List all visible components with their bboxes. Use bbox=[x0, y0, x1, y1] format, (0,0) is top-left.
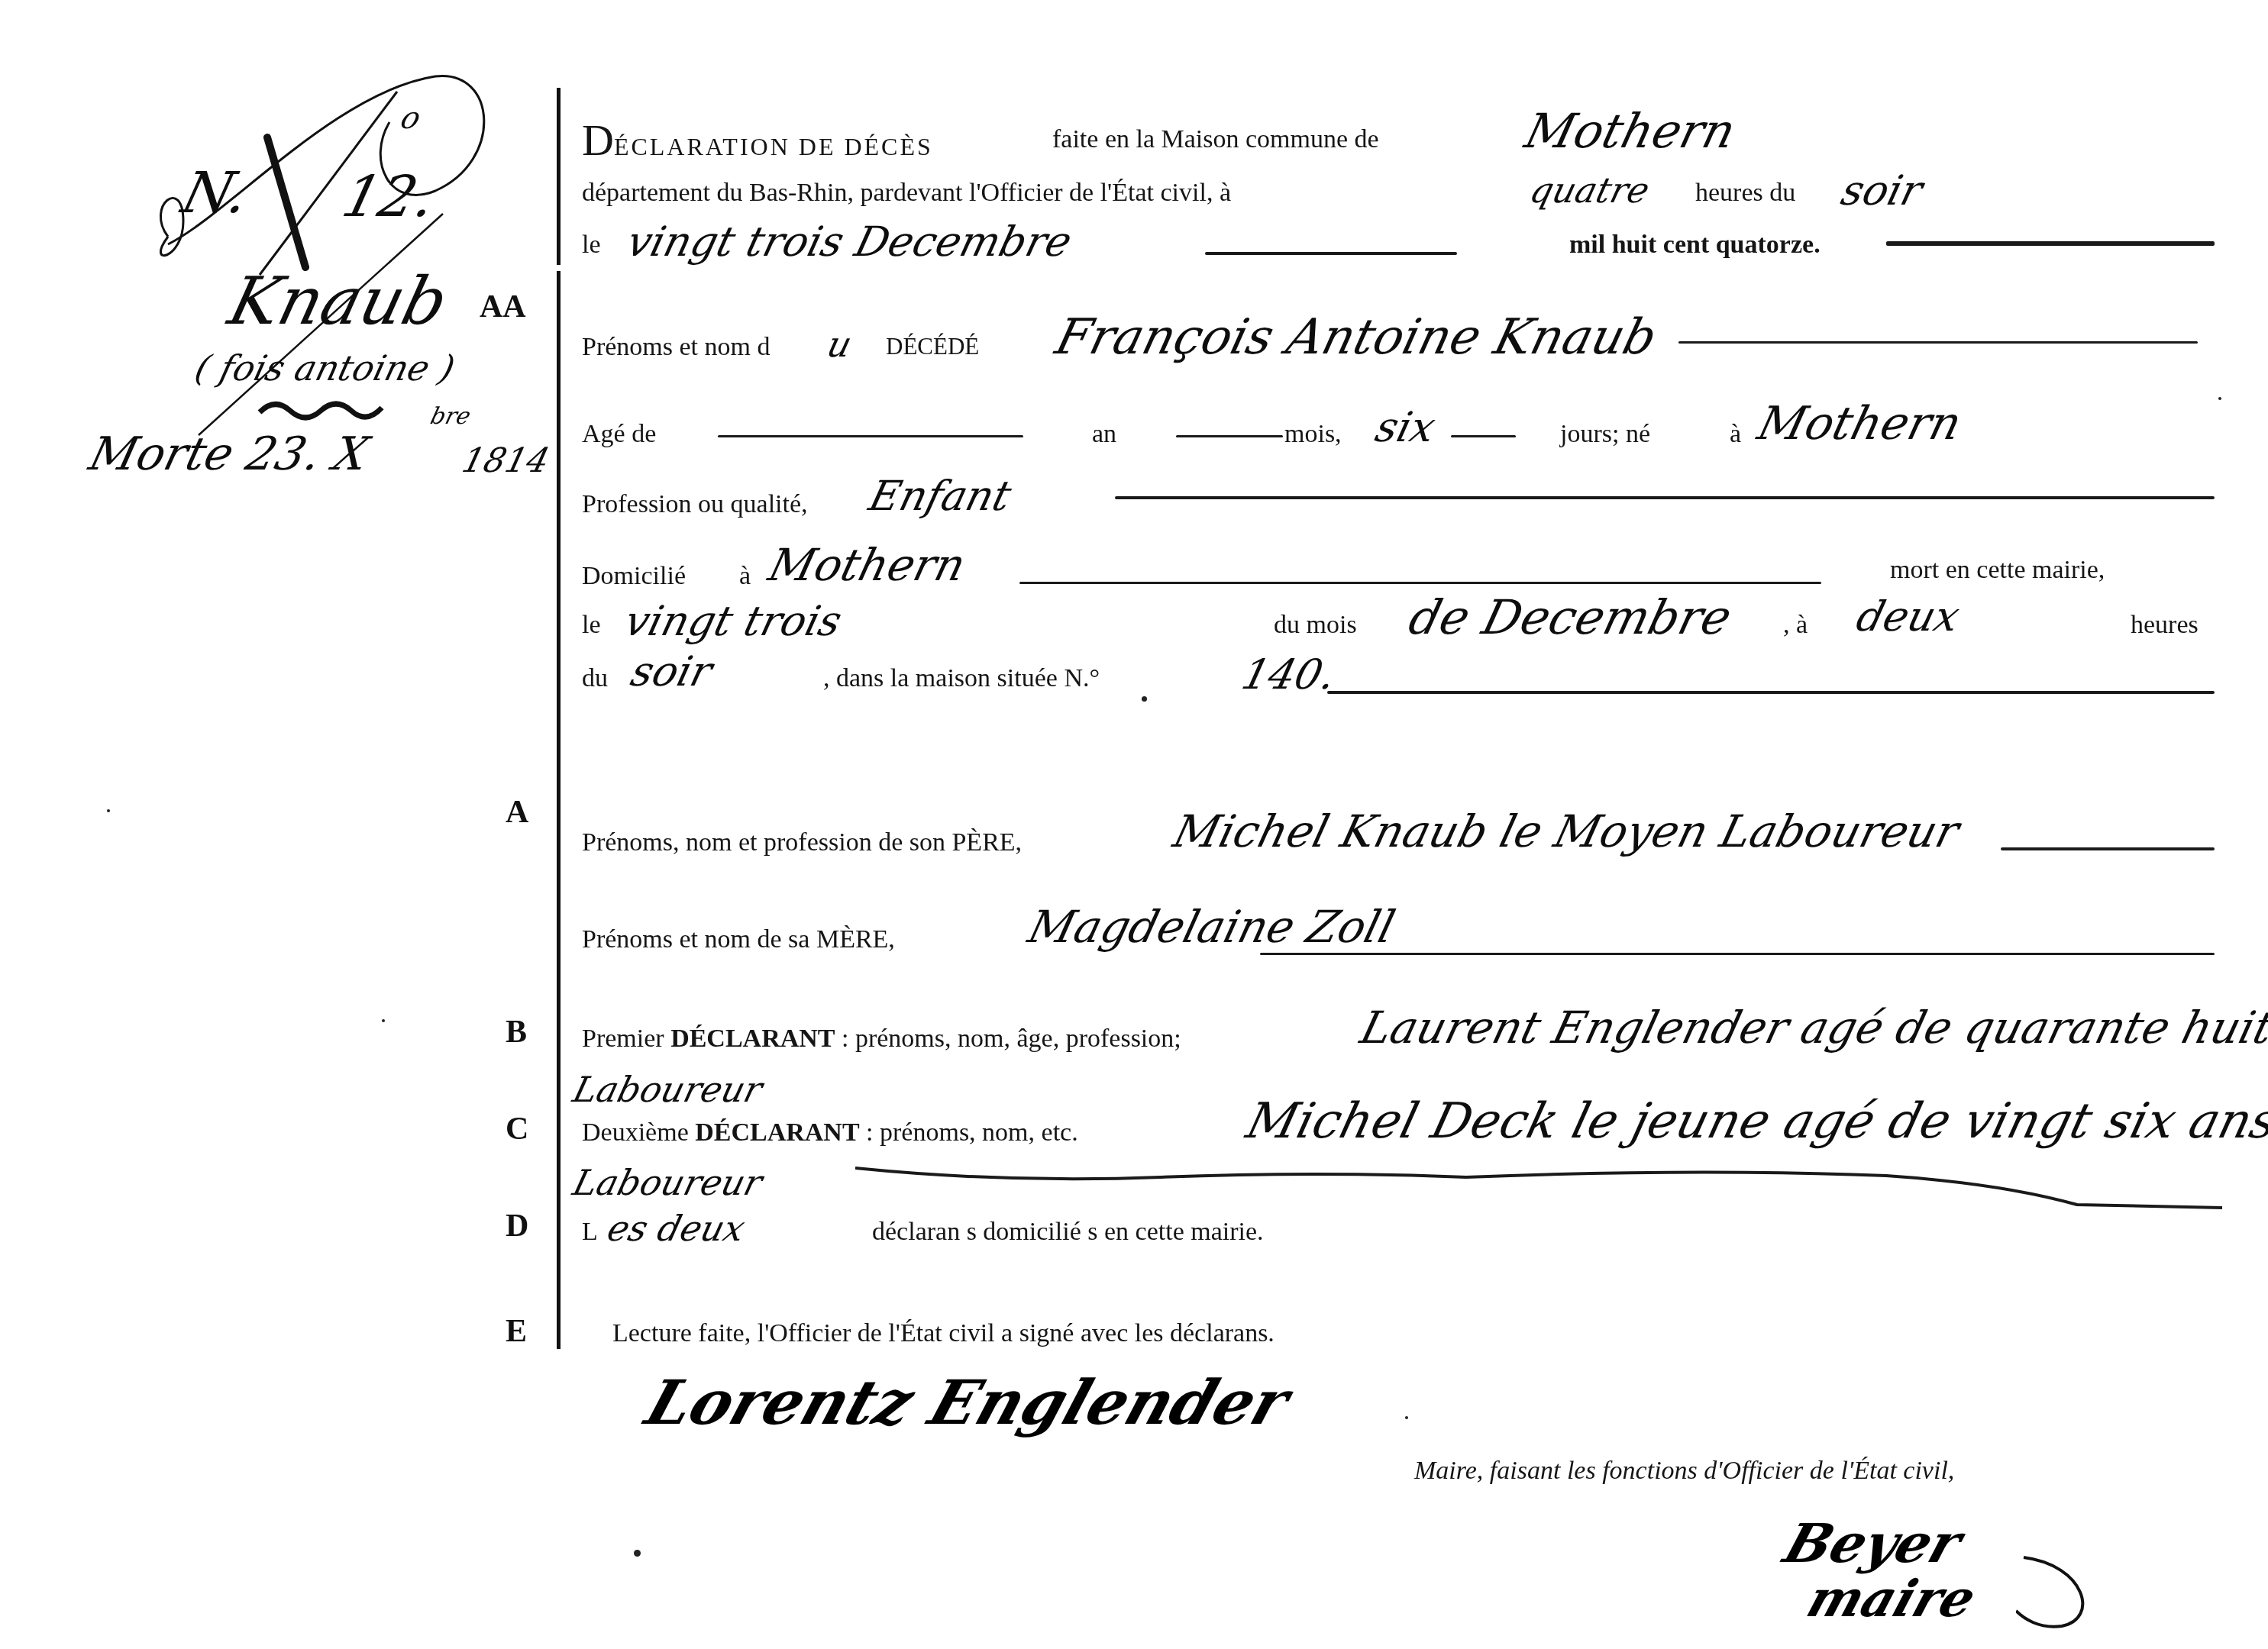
death-place-text: mort en cette mairie, bbox=[1890, 556, 2105, 585]
second-declarant-label-caps: DÉCLARANT bbox=[695, 1118, 859, 1147]
hour-handwritten: quatre bbox=[1526, 169, 1654, 211]
scan-speck bbox=[382, 1019, 385, 1022]
margin-label-c: C bbox=[506, 1111, 528, 1147]
house-text: , dans la maison située N.° bbox=[823, 664, 1100, 693]
date-handwritten: vingt trois Decembre bbox=[622, 218, 1077, 266]
mother-fill-line bbox=[1260, 953, 2215, 955]
hour-suffix: heures du bbox=[1695, 179, 1795, 208]
form-vertical-rule bbox=[557, 271, 561, 1349]
year-fill-line bbox=[1886, 241, 2215, 246]
domicile-handwritten: Mothern bbox=[764, 539, 971, 591]
scan-speck bbox=[1142, 696, 1147, 702]
margin-label-d: D bbox=[506, 1208, 528, 1244]
margin-label-e: E bbox=[506, 1313, 527, 1350]
death-hour-label: heures bbox=[2131, 611, 2199, 640]
first-declarant-label-caps: DÉCLARANT bbox=[670, 1025, 835, 1053]
margin-given-names: ( fois antoine ) bbox=[191, 347, 459, 389]
header-line3-prefix: le bbox=[582, 231, 601, 260]
scan-speck bbox=[107, 809, 110, 812]
deceased-label-article: u bbox=[823, 324, 856, 365]
record-number: 12. bbox=[336, 164, 442, 230]
scan-speck bbox=[2218, 397, 2221, 400]
house-fill-line bbox=[1327, 691, 2215, 694]
margin-label-a: A bbox=[506, 794, 528, 831]
year-text: mil huit cent quatorze. bbox=[1569, 231, 1821, 260]
mayor-signature: Beyer bbox=[1777, 1512, 1970, 1575]
domicile-fill-line bbox=[1019, 582, 1821, 584]
birthplace-handwritten: Mothern bbox=[1753, 397, 1967, 450]
first-declarant-label-suffix: : prénoms, nom, âge, profession; bbox=[842, 1025, 1181, 1053]
father-label: Prénoms, nom et profession de son PÈRE, bbox=[582, 828, 1022, 857]
first-declarant-label-prefix: Premier bbox=[582, 1025, 664, 1053]
mayor-caption: Maire, faisant les fonctions d'Officier … bbox=[1414, 1457, 1954, 1486]
margin-label-b: B bbox=[506, 1014, 527, 1050]
profession-fill-line bbox=[1115, 496, 2215, 499]
second-declarant-label-suffix: : prénoms, nom, etc. bbox=[866, 1118, 1078, 1147]
time-of-day-handwritten: soir bbox=[1837, 166, 1927, 215]
death-day-handwritten: vingt trois bbox=[620, 597, 847, 645]
mayor-title-handwritten: maire bbox=[1800, 1569, 1983, 1628]
father-fill-line bbox=[2001, 847, 2215, 850]
first-declarant-handwritten: Laurent Englender agé de quarante huit a… bbox=[1355, 1002, 2268, 1054]
title-initial: D bbox=[582, 115, 614, 165]
second-declarant-fill-line bbox=[855, 1160, 2222, 1221]
commune-handwritten: Mothern bbox=[1520, 103, 1741, 159]
born-at-prefix: à bbox=[1730, 420, 1741, 449]
domicile-prefix: à bbox=[739, 562, 751, 591]
margin-death-year: 1814 bbox=[458, 441, 554, 480]
death-time-handwritten: soir bbox=[626, 647, 717, 695]
profession-label: Profession ou qualité, bbox=[582, 490, 808, 519]
deceased-label-prefix: Prénoms et nom d bbox=[582, 333, 770, 362]
scan-speck bbox=[634, 1550, 641, 1557]
age-months-fill-line bbox=[1176, 435, 1283, 437]
both-declarants-suffix: déclaran s domicilié s en cette mairie. bbox=[872, 1218, 1264, 1247]
form-vertical-rule-top bbox=[557, 88, 561, 265]
title-text: ÉCLARATION DE DÉCÈS bbox=[614, 133, 933, 160]
age-days-unit: jours; né bbox=[1560, 420, 1650, 449]
month-label: du mois bbox=[1274, 611, 1357, 640]
mother-label: Prénoms et nom de sa MÈRE, bbox=[582, 925, 895, 954]
mayor-flourish-icon bbox=[2016, 1550, 2108, 1634]
first-declarant-profession-handwritten: Laboureur bbox=[569, 1069, 767, 1110]
date-fill-line bbox=[1205, 252, 1457, 255]
death-hour-handwritten: deux bbox=[1852, 592, 1964, 641]
age-days-handwritten: six bbox=[1371, 403, 1440, 451]
house-number-handwritten: 140. bbox=[1237, 650, 1341, 699]
age-days-fill-line bbox=[1451, 435, 1516, 437]
age-years-fill-line bbox=[718, 435, 1023, 437]
margin-death-note: Morte 23. X bbox=[84, 428, 374, 481]
domicile-label: Domicilié bbox=[582, 562, 686, 591]
profession-handwritten: Enfant bbox=[864, 472, 1016, 520]
father-handwritten: Michel Knaub le Moyen Laboureur bbox=[1168, 805, 1964, 857]
margin-death-superscript: bre bbox=[428, 403, 473, 430]
deceased-name-fill-line bbox=[1678, 341, 2198, 344]
deceased-label-suffix: DÉCÉDÉ bbox=[886, 333, 979, 360]
margin-surname: Knaub bbox=[221, 263, 455, 340]
scan-speck bbox=[1405, 1416, 1408, 1419]
second-declarant-profession-handwritten: Laboureur bbox=[569, 1162, 767, 1203]
header-line1: faite en la Maison commune de bbox=[1052, 125, 1379, 154]
margin-label-aa: AA bbox=[480, 289, 526, 325]
flourish-wave-icon bbox=[252, 389, 405, 428]
death-time-prefix: du bbox=[582, 664, 608, 693]
age-months-unit: mois, bbox=[1284, 420, 1342, 449]
declarant-signature: Lorentz Englender bbox=[638, 1367, 1298, 1438]
age-label: Agé de bbox=[582, 420, 656, 449]
second-declarant-label-prefix: Deuxième bbox=[582, 1118, 689, 1147]
death-hour-prefix: , à bbox=[1783, 611, 1808, 640]
death-day-prefix: le bbox=[582, 611, 601, 640]
age-years-unit: an bbox=[1092, 420, 1116, 449]
mother-handwritten: Magdelaine Zoll bbox=[1023, 901, 1401, 953]
death-month-handwritten: de Decembre bbox=[1404, 589, 1737, 645]
both-declarants-handwritten: es deux bbox=[603, 1208, 749, 1249]
header-line2: département du Bas-Rhin, pardevant l'Off… bbox=[582, 179, 1231, 208]
deceased-name-handwritten: François Antoine Knaub bbox=[1050, 309, 1662, 366]
both-declarants-prefix: L bbox=[582, 1218, 598, 1247]
second-declarant-handwritten: Michel Deck le jeune agé de vingt six an… bbox=[1241, 1093, 2268, 1150]
reading-statement: Lecture faite, l'Officier de l'État civi… bbox=[612, 1319, 1275, 1348]
